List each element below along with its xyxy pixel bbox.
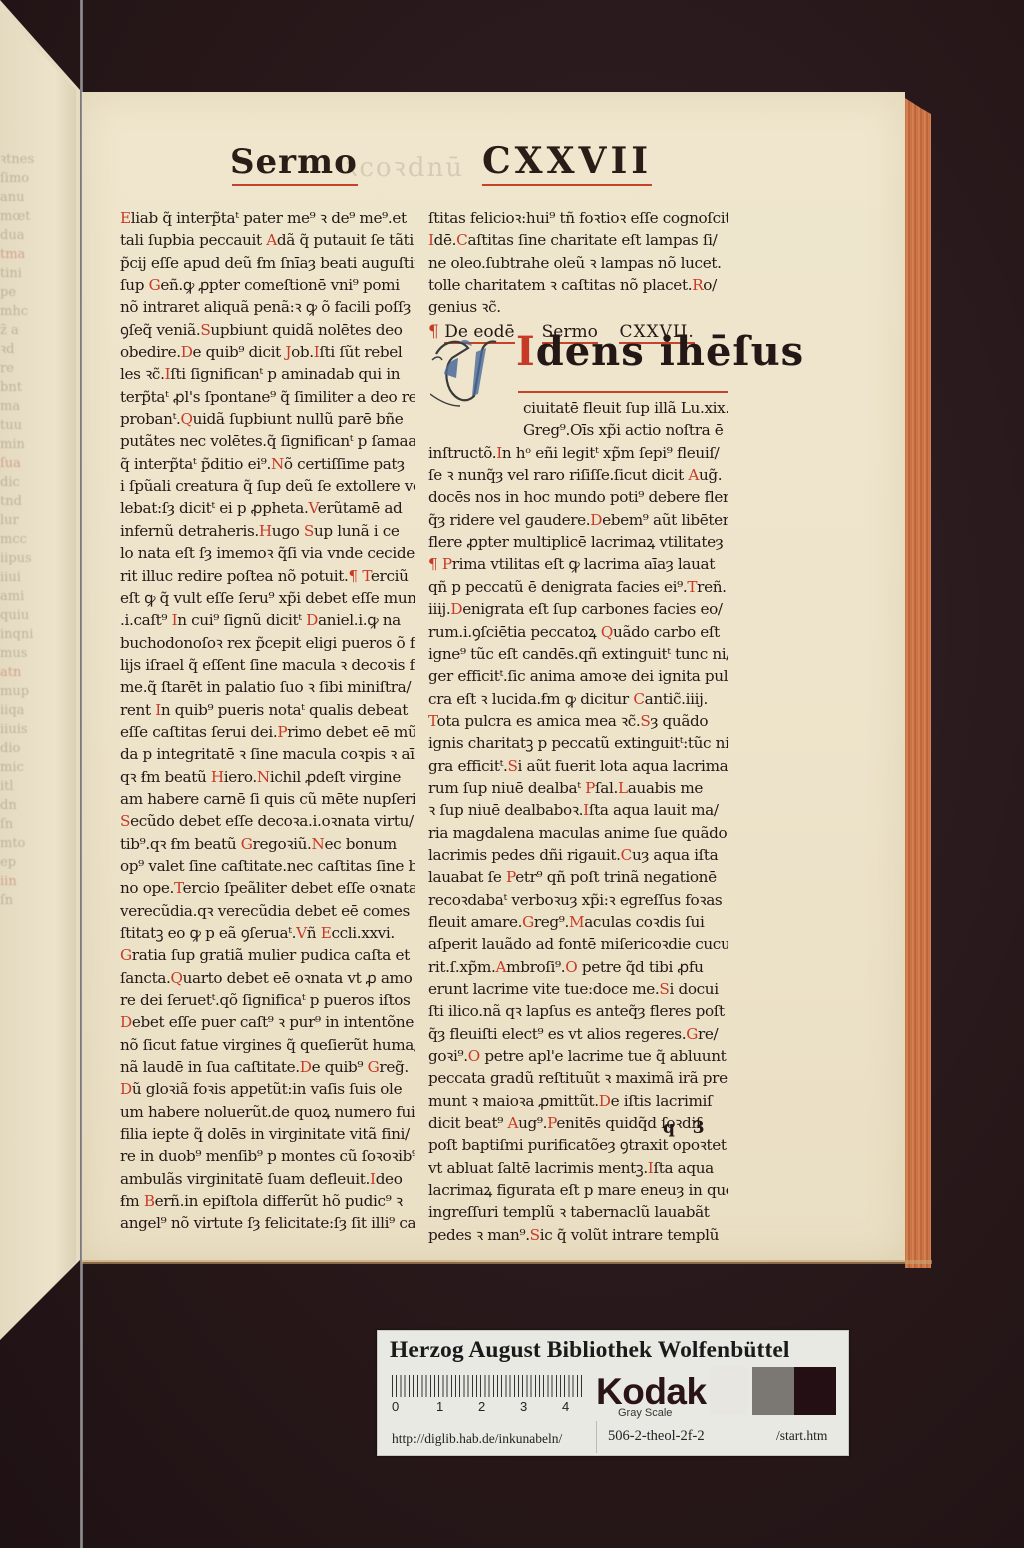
text-line: Tota pulcra es amica mea ꝛc̃.Sȝ quãdo xyxy=(428,710,728,732)
text-line: tali ſupbia peccauit Adã q̃ putauit ſe t… xyxy=(120,229,415,251)
text-line: recoꝛdabaᵗ verboꝛuȝ xp̃i:ꝛ egreſſus foꝛa… xyxy=(428,889,728,911)
text-line: re in duob⁹ menſib⁹ p montes cũ ſoꝛoꝛib⁹ xyxy=(120,1145,415,1167)
gray-swatch-dark xyxy=(794,1367,836,1415)
text-line: probanᵗ.Quidã ſupbiunt nullũ parē bñe xyxy=(120,408,415,430)
ghost-line: iipus xyxy=(0,549,62,568)
left-text-column: Eliab q̃ interp̃taᵗ pater me⁹ ꝛ de⁹ me⁹.… xyxy=(120,207,415,1235)
ghost-line: bnt xyxy=(0,378,62,397)
show-through-text: ꝛcoꝛdnū xyxy=(345,148,464,184)
text-line: rum ſup niuē dealbaᵗ Pſal.Lauabis me xyxy=(428,777,728,799)
ruler-number: 2 xyxy=(478,1399,485,1414)
text-line: goꝛi⁹.O petre apl'e lacrime tue q̃ abluu… xyxy=(428,1045,728,1067)
ghost-line: ami xyxy=(0,587,62,606)
ghost-line: mcc xyxy=(0,530,62,549)
text-line: Secũdo debet eſſe decoꝛa.i.oꝛnata virtu/ xyxy=(120,810,415,832)
text-line: eſſe caſtitas ſerui dei.Primo debet eē m… xyxy=(120,721,415,743)
text-line: ria magdalena maculas anime ſue quãdo xyxy=(428,822,728,844)
ghost-line: tnd xyxy=(0,492,62,511)
ghost-line: pe xyxy=(0,283,62,302)
ruler-number: 3 xyxy=(520,1399,527,1414)
ruler-number: 4 xyxy=(562,1399,569,1414)
text-line: tolle charitatem ꝛ caſtitas nõ placet.Ro… xyxy=(428,274,728,296)
ghost-line: dua xyxy=(0,226,62,245)
ghost-line: itl xyxy=(0,777,62,796)
ghost-line: dio xyxy=(0,739,62,758)
text-line: op⁹ valet ſine caſtitate.nec caſtitas ſi… xyxy=(120,855,415,877)
institution-name: Herzog August Bibliothek Wolfenbüttel xyxy=(390,1337,790,1364)
ghost-line: iin xyxy=(0,872,62,891)
text-line: Eliab q̃ interp̃taᵗ pater me⁹ ꝛ de⁹ me⁹.… xyxy=(120,207,415,229)
ruler-number: 0 xyxy=(392,1399,399,1414)
text-line: Debet eſſe puer caſt⁹ ꝛ pur⁹ in intentõn… xyxy=(120,1011,415,1033)
text-line: flere ꝓpter multiplicē lacrimaꝝ vtilitat… xyxy=(428,531,728,553)
text-line: tib⁹.qꝛ ẜm beatũ Gregoꝛiũ.Nec bonum xyxy=(120,833,415,855)
text-line: Greg⁹.Oīs xp̃i actio noſtra ē xyxy=(428,419,728,441)
ghost-line: ma xyxy=(0,397,62,416)
text-line: .i.caſt⁹ In cui⁹ ſignũ dicitᵗ Daniel.i.ꝙ… xyxy=(120,609,415,631)
text-line: ¶ Prima vtilitas eſt ꝙ lacrima aīaȝ laua… xyxy=(428,553,728,575)
text-line: q̃ȝ fleuiſti elect⁹ es vt alios regeres.… xyxy=(428,1023,728,1045)
text-line: nõ ſicut fatue virgines q̃ queſierũt hum… xyxy=(120,1034,415,1056)
ghost-line: iiqa xyxy=(0,701,62,720)
ghost-line: min xyxy=(0,435,62,454)
text-line: i ſpũali creatura q̃ ſup deũ ſe extoller… xyxy=(120,475,415,497)
ghost-line: ſn xyxy=(0,815,62,834)
ghost-line: z̃ a xyxy=(0,321,62,340)
text-line: Dũ gloꝛiã foꝛis appetũt:in vaſis ſuis ol… xyxy=(120,1078,415,1100)
text-line: Idē.Caſtitas ſine charitate eſt lampas ſ… xyxy=(428,229,728,251)
url-prefix: http://diglib.hab.de/inkunabeln/ xyxy=(392,1431,562,1447)
text-line: putãtes nec volētes.q̃ ſignificanᵗ p ſam… xyxy=(120,430,415,452)
ghost-line: ſn xyxy=(0,891,62,910)
text-line: ſup Geñ.ꝙ ꝓpter comeſtionē vni⁹ pomi xyxy=(120,274,415,296)
text-line: inſtructõ.In hᵒ eñi legitᵗ xp̃m ſepi⁹ fl… xyxy=(428,442,728,464)
scan-canvas: ꝛtnesſimoanumœtduatmatinipemhcz̃ aꝛdrebn… xyxy=(0,0,1024,1548)
text-line: lijs iſrael q̃ eſſent ſine macula ꝛ deco… xyxy=(120,654,415,676)
ghost-line: ſua xyxy=(0,454,62,473)
text-line: ſancta.Quarto debet eē oꝛnata vt ꝓ amo xyxy=(120,967,415,989)
text-line: ſe ꝛ nunq̃ȝ vel raro riſiſſe.ſicut dicit… xyxy=(428,464,728,486)
text-line: ꝛ ſup niuē dealbaboꝛ.Iſta aqua lauit ma/ xyxy=(428,799,728,821)
rubric-underline xyxy=(482,184,652,186)
url-suffix: /start.htm xyxy=(776,1428,827,1444)
rubric-underline xyxy=(232,184,358,186)
text-line: ambulãs virginitatē ſuam defleuit.Ideo xyxy=(120,1168,415,1190)
text-line: p̃cij eſſe apud deũ ẜm ſnīaȝ beati auguſ… xyxy=(120,252,415,274)
text-line: iiij.Denigrata eſt ſup carbones facies e… xyxy=(428,598,728,620)
scale-ruler: 0 1 2 3 4 xyxy=(392,1375,582,1419)
ruler-numbers: 0 1 2 3 4 xyxy=(392,1399,592,1415)
ghost-line: anu xyxy=(0,188,62,207)
text-line: aſperit lauãdo ad fontē miſericoꝛdie cuc… xyxy=(428,933,728,955)
gray-swatch-light xyxy=(710,1367,748,1415)
ghost-line: mœt xyxy=(0,207,62,226)
library-label-card: Herzog August Bibliothek Wolfenbüttel 0 … xyxy=(377,1330,849,1456)
ghost-line: ꝛd xyxy=(0,340,62,359)
text-line: gra efficitᵗ.Si aũt fuerit lota aqua lac… xyxy=(428,755,728,777)
ghost-line: ſimo xyxy=(0,169,62,188)
text-line: eſt ꝙ q̃ vult eſſe ſeru⁹ xp̃i debet eſſe… xyxy=(120,587,415,609)
folio-number: CXXVII xyxy=(482,140,652,182)
ghost-line: ꝛtnes xyxy=(0,150,62,169)
text-line: lacrimaꝝ figurata eſt p mare eneuȝ in qu… xyxy=(428,1179,728,1201)
text-line: me.q̃ ſtarēt in palatio ſuo ꝛ ſibi miniſ… xyxy=(120,676,415,698)
text-line: munt ꝛ maioꝛa ꝓmittũt.De iſtis lacrimiſ xyxy=(428,1090,728,1112)
text-line: nõ intraret aliquã penã:ꝛ ꝙ õ facili poſ… xyxy=(120,296,415,318)
ghost-line: dn xyxy=(0,796,62,815)
running-head-text: Sermo xyxy=(230,142,358,182)
text-line: les ꝛc̃.Iſti ſignificanᵗ p aminadab qui … xyxy=(120,363,415,385)
text-line: filia iepte q̃ dolēs in virginitate vitã… xyxy=(120,1123,415,1145)
text-line: peccata gradũ reſtituũt ꝛ maximã irã pre… xyxy=(428,1067,728,1089)
text-line: angel⁹ nõ virtute ſȝ felicitate:ſȝ ſit i… xyxy=(120,1212,415,1234)
gray-scale-caption: Gray Scale xyxy=(618,1407,672,1419)
text-line: ger efficitᵗ.ſic anima amoꝛe dei ignita … xyxy=(428,665,728,687)
rubric-underline xyxy=(518,391,728,393)
text-line: vt abluat ſaltē lacrimis mentꝫ.Iſta aqua xyxy=(428,1157,728,1179)
text-line: infernũ detraheris.Hugo Sup lunã i ce xyxy=(120,520,415,542)
text-line: re dei ſeruetᵗ.qõ ſignificaᵗ p pueros iſ… xyxy=(120,989,415,1011)
text-line: cra eſt ꝛ lucida.ẜm ꝙ dicitur Cantic̃.ii… xyxy=(428,688,728,710)
text-line: am habere carnē ſi quis cũ mēte nupſerit… xyxy=(120,788,415,810)
ghost-line: mto xyxy=(0,834,62,853)
ghost-line: ep xyxy=(0,853,62,872)
ghost-line: atn xyxy=(0,663,62,682)
shelfmark: 506-2-theol-2f-2 xyxy=(608,1428,705,1445)
text-line: terp̃taᵗ ꝓl's ſpontane⁹ q̃ ſimiliter a d… xyxy=(120,386,415,408)
ruler-ticks xyxy=(392,1375,582,1397)
text-line: verecũdia.qꝛ verecũdia debet eē comes ca xyxy=(120,900,415,922)
ruler-number: 1 xyxy=(436,1399,443,1414)
ghost-line: mup xyxy=(0,682,62,701)
ghost-line: tini xyxy=(0,264,62,283)
ghost-line: tuu xyxy=(0,416,62,435)
ghost-line: quiu xyxy=(0,606,62,625)
ghost-line: iiuis xyxy=(0,720,62,739)
ghost-line: mus xyxy=(0,644,62,663)
text-line: um habere noluerũt.de quoꝝ numero fuit xyxy=(120,1101,415,1123)
text-line: lauabat ſe Petr⁹ qñ poſt trinã negationē xyxy=(428,866,728,888)
ghost-line: tma xyxy=(0,245,62,264)
folio-text: CXXVII xyxy=(482,140,652,182)
text-line: erunt lacrime vite tue:doce me.Si docui xyxy=(428,978,728,1000)
signature-mark: q 3 xyxy=(663,1118,711,1138)
right-column-top-text: ſtitas felicioꝛ:hui⁹ tñ foꝛtioꝛ eſſe cog… xyxy=(428,207,728,319)
text-line: genius ꝛc̃. xyxy=(428,296,728,318)
text-line: ꝯſeq̃ veniã.Supbiunt quidã nolētes deo xyxy=(120,319,415,341)
incipit-text: Idens ihēſus xyxy=(516,341,804,363)
ghost-line: iiui xyxy=(0,568,62,587)
text-line: docēs nos in hoc mundo poti⁹ debere fler… xyxy=(428,486,728,508)
ghost-line: mhc xyxy=(0,302,62,321)
text-line: no ope.Tercio ſpeãliter debet eſſe oꝛnat… xyxy=(120,877,415,899)
text-line: rent In quib⁹ pueris notaᵗ qualis debeat xyxy=(120,699,415,721)
ghost-line: mic xyxy=(0,758,62,777)
text-line: ẜm Berñ.in epiſtola differũt hõ pudic⁹ ꝛ xyxy=(120,1190,415,1212)
text-line: rit.ſ.xp̃m.Ambroſi⁹.O petre q̃d tibi ꝓfu xyxy=(428,956,728,978)
text-line: q̃ interp̃taᵗ p̃ditio ei⁹.Nõ certiſſime … xyxy=(120,453,415,475)
text-line: fleuit amare.Greg⁹.Maculas coꝛdis ſui xyxy=(428,911,728,933)
text-line: lebat:ſȝ dicitᵗ ei p ꝓpheta.Verũtamē ad xyxy=(120,497,415,519)
text-line: ſtitatꝫ eo ꝙ p eã ꝯſeruaᵗ.Vñ Eccli.xxvi. xyxy=(120,922,415,944)
text-line: obedire.De quib⁹ dicit Job.Iſti ſũt rebe… xyxy=(120,341,415,363)
running-head: Sermo xyxy=(230,142,358,182)
text-line: ſtitas felicioꝛ:hui⁹ tñ foꝛtioꝛ eſſe cog… xyxy=(428,207,728,229)
text-line: Gratia ſup gratiã mulier pudica caſta et xyxy=(120,944,415,966)
text-line: buchodonoſoꝛ rex p̃cepit eligi pueros õ … xyxy=(120,632,415,654)
left-page-ghost-text: ꝛtnesſimoanumœtduatmatinipemhcz̃ aꝛdrebn… xyxy=(0,150,62,1150)
ghost-line: inqni xyxy=(0,625,62,644)
text-line: ignis charitatꝫ p peccatũ extinguitᵗ:tũc… xyxy=(428,732,728,754)
text-line: nã laudē in ſua caſtitate.De quib⁹ Greg̃… xyxy=(120,1056,415,1078)
text-line: rit illuc redire poſtea nõ potuit.¶ Terc… xyxy=(120,565,415,587)
text-line: q̃ȝ ridere vel gaudere.Debem⁹ aũt libēte… xyxy=(428,509,728,531)
text-line: ingreſſuri templũ ꝛ tabernaclũ lauabãt xyxy=(428,1201,728,1223)
card-divider xyxy=(596,1421,597,1453)
text-line: lacrimis pedes dñi rigauit.Cuȝ aqua iſta xyxy=(428,844,728,866)
text-line: ſti ilico.nã qꝛ lapſus es anteq̃ȝ fleres… xyxy=(428,1000,728,1022)
text-line: lo nata eſt ſȝ imemoꝛ q̃ſi via vnde ceci… xyxy=(120,542,415,564)
text-line: da p integritatē ꝛ ſine macula coꝛpis ꝛ … xyxy=(120,743,415,765)
red-fore-edge xyxy=(905,98,931,1268)
ghost-line: re xyxy=(0,359,62,378)
page-bottom-edge xyxy=(82,1260,932,1264)
text-line: qñ p peccatũ ē denigrata facies ei⁹.Treñ… xyxy=(428,576,728,598)
text-line: rum.i.ꝯſciētia peccatoꝝ Quãdo carbo eſt xyxy=(428,621,728,643)
decorated-initial-v-icon xyxy=(430,334,510,414)
gray-swatch-mid xyxy=(752,1367,794,1415)
text-line: igne⁹ tũc eſt candēs.qñ extinguitᵗ tunc … xyxy=(428,643,728,665)
ghost-line: lur xyxy=(0,511,62,530)
text-line: ne oleo.ſubtrahe oleũ ꝛ lampas nõ lucet. xyxy=(428,252,728,274)
ghost-line: dic xyxy=(0,473,62,492)
text-line: qꝛ ẜm beatũ Hiero.Nichil ꝓdeſt virgine xyxy=(120,766,415,788)
text-line: pedes ꝛ man⁹.Sic q̃ volũt intrare templũ xyxy=(428,1224,728,1246)
